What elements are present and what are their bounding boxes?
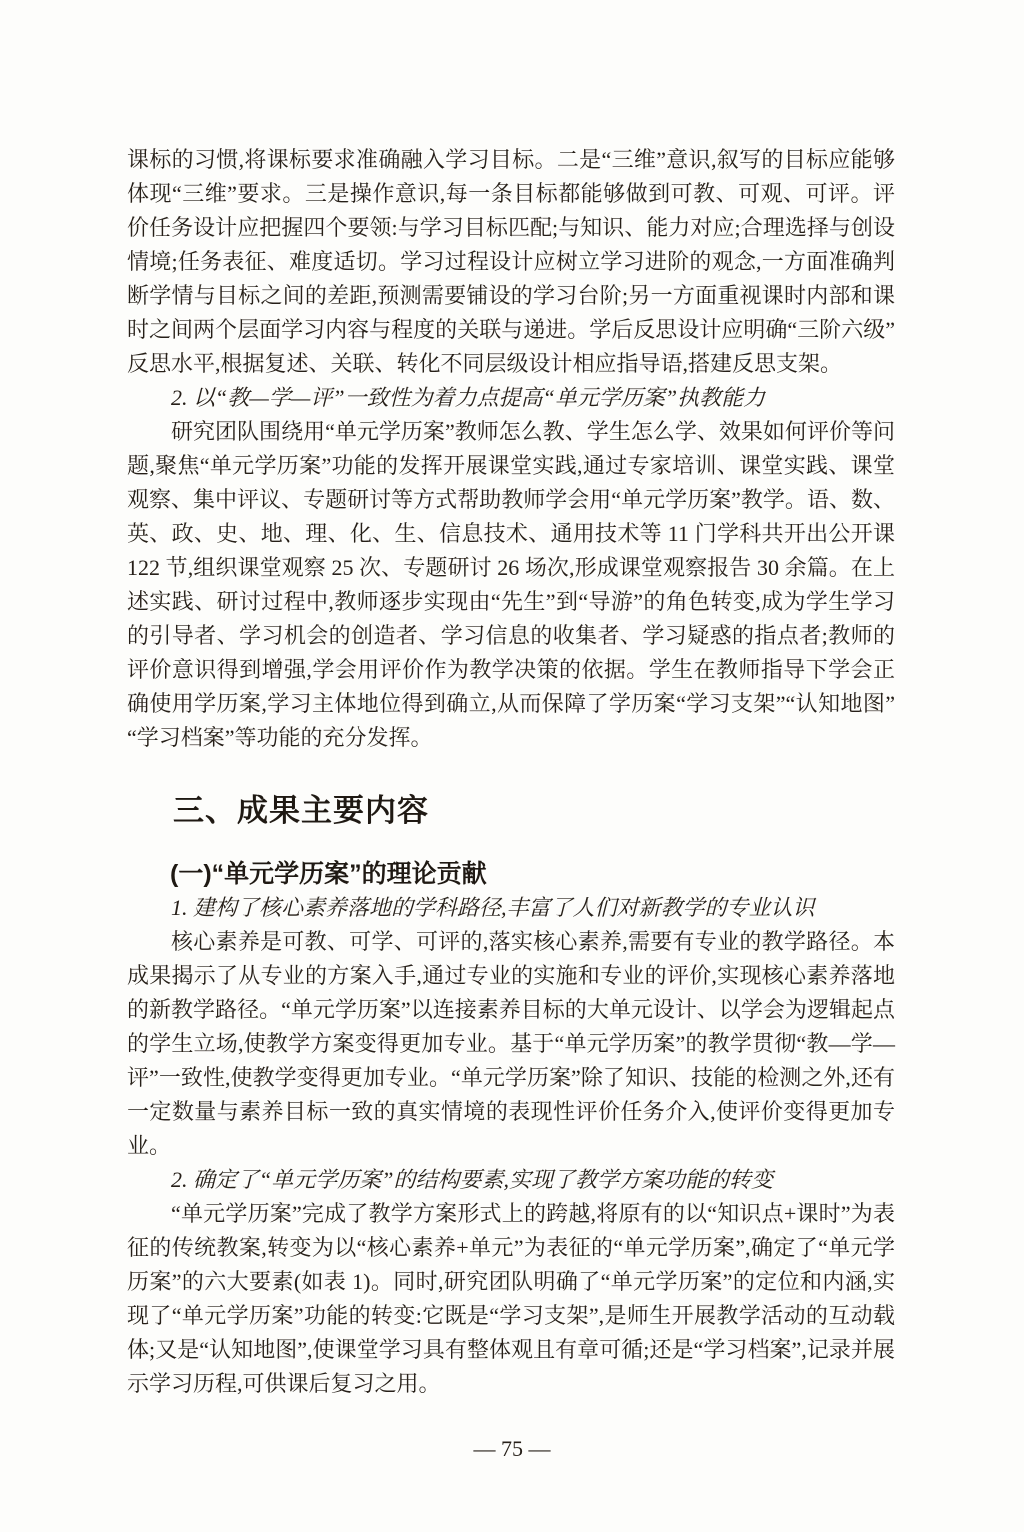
paragraph-research-team-practice: 研究团队围绕用“单元学历案”教师怎么教、学生怎么学、效果如何评价等问题,聚焦“单… bbox=[127, 415, 895, 755]
paragraph-learning-goals-continuation: 课标的习惯,将课标要求准确融入学习目标。二是“三维”意识,叙写的目标应能够体现“… bbox=[127, 143, 895, 381]
section-heading-main-results: 三、成果主要内容 bbox=[173, 789, 895, 833]
numbered-item-teach-learn-assess: 2. 以“教—学—评”一致性为着力点提高“单元学历案”执教能力 bbox=[127, 381, 895, 415]
paragraph-plan-transformation: “单元学历案”完成了教学方案形式上的跨越,将原有的以“知识点+课时”为表征的传统… bbox=[127, 1197, 895, 1401]
subsection-heading-theoretical-contribution: (一)“单元学历案”的理论贡献 bbox=[170, 857, 895, 891]
numbered-item-structural-elements: 2. 确定了“单元学历案”的结构要素,实现了教学方案功能的转变 bbox=[127, 1163, 895, 1197]
document-page: 课标的习惯,将课标要求准确融入学习目标。二是“三维”意识,叙写的目标应能够体现“… bbox=[0, 0, 1024, 1532]
numbered-item-core-literacy-path: 1. 建构了核心素养落地的学科路径,丰富了人们对新教学的专业认识 bbox=[127, 891, 895, 925]
paragraph-core-literacy-teaching-path: 核心素养是可教、可学、可评的,落实核心素养,需要有专业的教学路径。本成果揭示了从… bbox=[127, 925, 895, 1163]
text-column: 课标的习惯,将课标要求准确融入学习目标。二是“三维”意识,叙写的目标应能够体现“… bbox=[127, 143, 895, 1401]
page-number: — 75 — bbox=[0, 1434, 1024, 1464]
